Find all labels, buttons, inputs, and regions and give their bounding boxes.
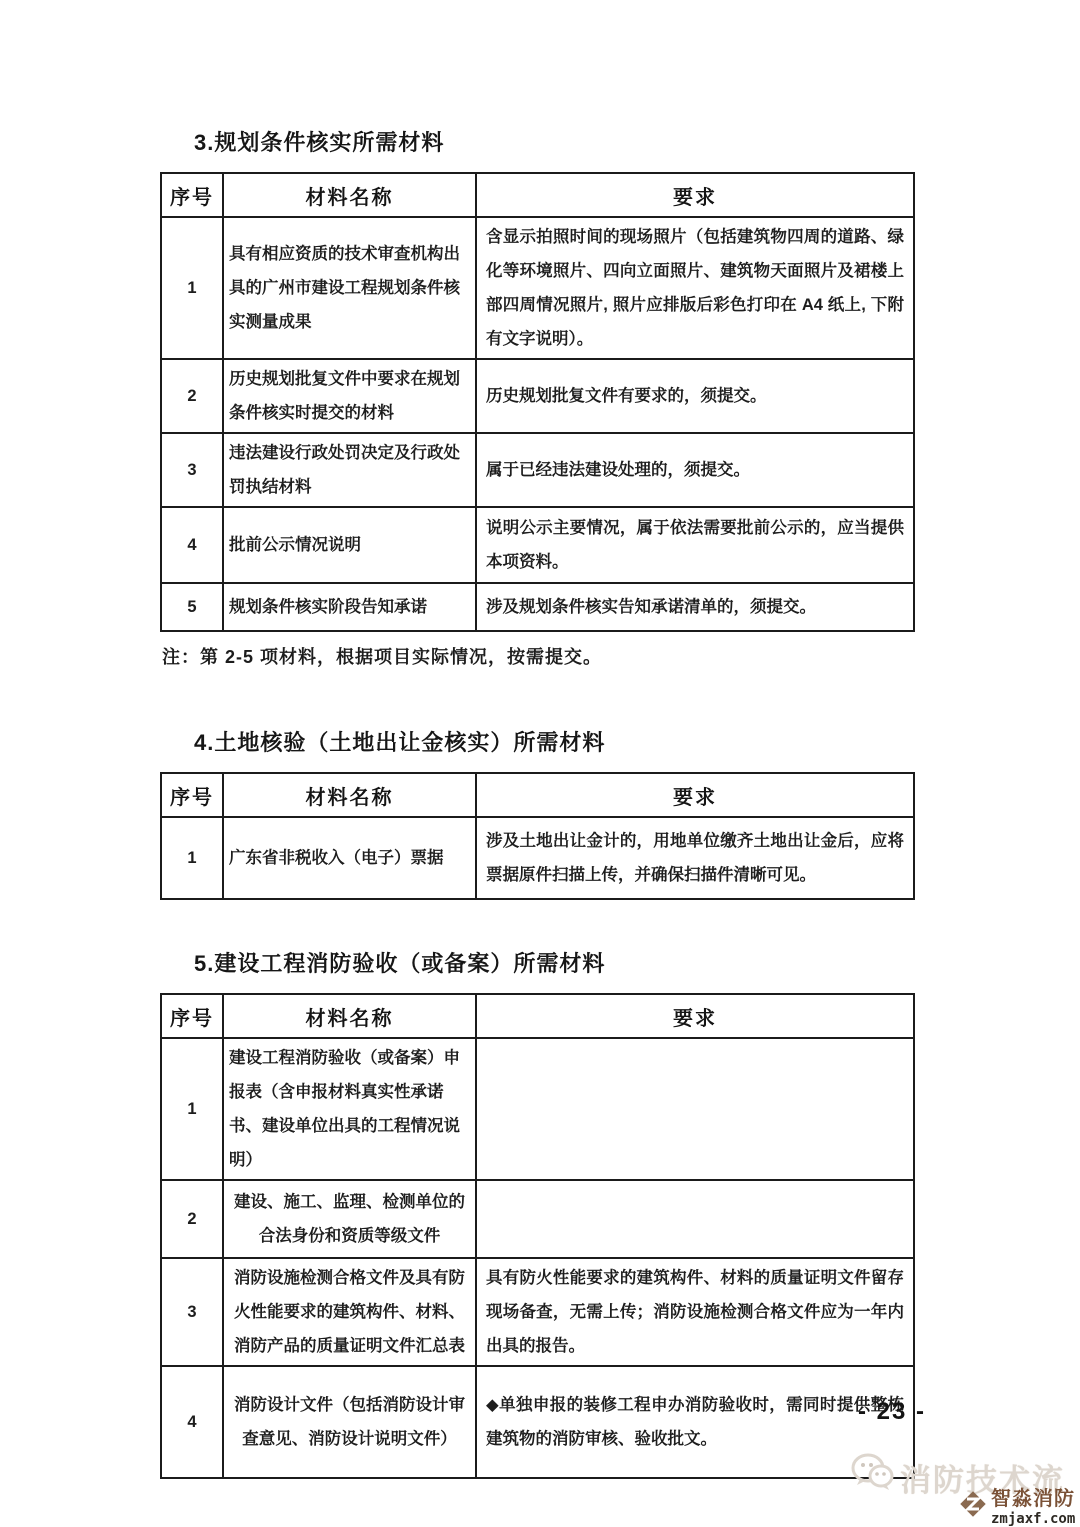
row-number-cell: 2 (161, 359, 223, 433)
table-header-row: 序号 材料名称 要求 (161, 773, 914, 817)
requirement-cell: 历史规划批复文件有要求的，须提交。 (476, 359, 914, 433)
section-4-table: 序号 材料名称 要求 1 广东省非税收入（电子）票据 涉及土地出让金计的，用地单… (160, 772, 915, 900)
header-requirement: 要求 (476, 773, 914, 817)
requirement-cell: 具有防火性能要求的建筑构件、材料的质量证明文件留存现场备查，无需上传；消防设施检… (476, 1258, 914, 1366)
material-name-cell: 批前公示情况说明 (223, 507, 476, 583)
requirement-cell (476, 1038, 914, 1180)
table-row: 4 批前公示情况说明 说明公示主要情况，属于依法需要批前公示的，应当提供本项资料… (161, 507, 914, 583)
material-name-cell: 具有相应资质的技术审查机构出具的广州市建设工程规划条件核实测量成果 (223, 217, 476, 359)
page-number: - 23 - (858, 1398, 926, 1426)
material-name-cell: 历史规划批复文件中要求在规划条件核实时提交的材料 (223, 359, 476, 433)
document-page: 3.规划条件核实所需材料 序号 材料名称 要求 1 具有相应资质的技术审查机构出… (160, 126, 915, 1479)
section-5-table: 序号 材料名称 要求 1 建设工程消防验收（或备案）申报表（含申报材料真实性承诺… (160, 993, 915, 1479)
row-number-cell: 4 (161, 507, 223, 583)
row-number-cell: 4 (161, 1366, 223, 1478)
requirement-cell: ◆单独申报的装修工程申办消防验收时，需同时提供整栋建筑物的消防审核、验收批文。 (476, 1366, 914, 1478)
section-3-title: 3.规划条件核实所需材料 (194, 126, 915, 157)
header-material-name: 材料名称 (223, 994, 476, 1038)
table-row: 3 消防设施检测合格文件及具有防火性能要求的建筑构件、材料、消防产品的质量证明文… (161, 1258, 914, 1366)
table-row: 4 消防设计文件（包括消防设计审查意见、消防设计说明文件） ◆单独申报的装修工程… (161, 1366, 914, 1478)
table-row: 2 历史规划批复文件中要求在规划条件核实时提交的材料 历史规划批复文件有要求的，… (161, 359, 914, 433)
material-name-cell: 违法建设行政处罚决定及行政处罚执结材料 (223, 433, 476, 507)
wechat-chat-bubbles-icon (850, 1452, 896, 1502)
row-number-cell: 1 (161, 817, 223, 899)
header-requirement: 要求 (476, 994, 914, 1038)
header-no: 序号 (161, 994, 223, 1038)
material-name-cell: 建设工程消防验收（或备案）申报表（含申报材料真实性承诺书、建设单位出具的工程情况… (223, 1038, 476, 1180)
material-name-cell: 消防设计文件（包括消防设计审查意见、消防设计说明文件） (223, 1366, 476, 1478)
row-number-cell: 3 (161, 433, 223, 507)
table-row: 3 违法建设行政处罚决定及行政处罚执结材料 属于已经违法建设处理的，须提交。 (161, 433, 914, 507)
material-name-cell: 消防设施检测合格文件及具有防火性能要求的建筑构件、材料、消防产品的质量证明文件汇… (223, 1258, 476, 1366)
section-3-table: 序号 材料名称 要求 1 具有相应资质的技术审查机构出具的广州市建设工程规划条件… (160, 172, 915, 632)
diamond-logo-icon (958, 1489, 988, 1524)
material-name-cell: 规划条件核实阶段告知承诺 (223, 583, 476, 631)
table-row: 2 建设、施工、监理、检测单位的合法身份和资质等级文件 (161, 1180, 914, 1258)
header-material-name: 材料名称 (223, 773, 476, 817)
table-header-row: 序号 材料名称 要求 (161, 173, 914, 217)
requirement-cell: 含显示拍照时间的现场照片（包括建筑物四周的道路、绿化等环境照片、四向立面照片、建… (476, 217, 914, 359)
section-3-note: 注：第 2-5 项材料，根据项目实际情况，按需提交。 (162, 643, 915, 669)
material-name-cell: 建设、施工、监理、检测单位的合法身份和资质等级文件 (223, 1180, 476, 1258)
material-name-cell: 广东省非税收入（电子）票据 (223, 817, 476, 899)
header-material-name: 材料名称 (223, 173, 476, 217)
table-header-row: 序号 材料名称 要求 (161, 994, 914, 1038)
brand-logo: 智淼消防 zmjaxf.com (958, 1489, 1075, 1526)
section-4-title: 4.土地核验（土地出让金核实）所需材料 (194, 726, 915, 757)
table-row: 1 广东省非税收入（电子）票据 涉及土地出让金计的，用地单位缴齐土地出让金后，应… (161, 817, 914, 899)
table-row: 5 规划条件核实阶段告知承诺 涉及规划条件核实告知承诺清单的，须提交。 (161, 583, 914, 631)
header-requirement: 要求 (476, 173, 914, 217)
requirement-cell: 涉及土地出让金计的，用地单位缴齐土地出让金后，应将票据原件扫描上传，并确保扫描件… (476, 817, 914, 899)
row-number-cell: 1 (161, 1038, 223, 1180)
row-number-cell: 5 (161, 583, 223, 631)
header-no: 序号 (161, 173, 223, 217)
header-no: 序号 (161, 773, 223, 817)
brand-site: zmjaxf.com (991, 1512, 1075, 1526)
table-row: 1 具有相应资质的技术审查机构出具的广州市建设工程规划条件核实测量成果 含显示拍… (161, 217, 914, 359)
row-number-cell: 1 (161, 217, 223, 359)
requirement-cell: 涉及规划条件核实告知承诺清单的，须提交。 (476, 583, 914, 631)
table-row: 1 建设工程消防验收（或备案）申报表（含申报材料真实性承诺书、建设单位出具的工程… (161, 1038, 914, 1180)
requirement-cell: 属于已经违法建设处理的，须提交。 (476, 433, 914, 507)
section-5-title: 5.建设工程消防验收（或备案）所需材料 (194, 947, 915, 978)
requirement-cell (476, 1180, 914, 1258)
row-number-cell: 3 (161, 1258, 223, 1366)
requirement-cell: 说明公示主要情况，属于依法需要批前公示的，应当提供本项资料。 (476, 507, 914, 583)
brand-name: 智淼消防 (991, 1489, 1075, 1509)
row-number-cell: 2 (161, 1180, 223, 1258)
